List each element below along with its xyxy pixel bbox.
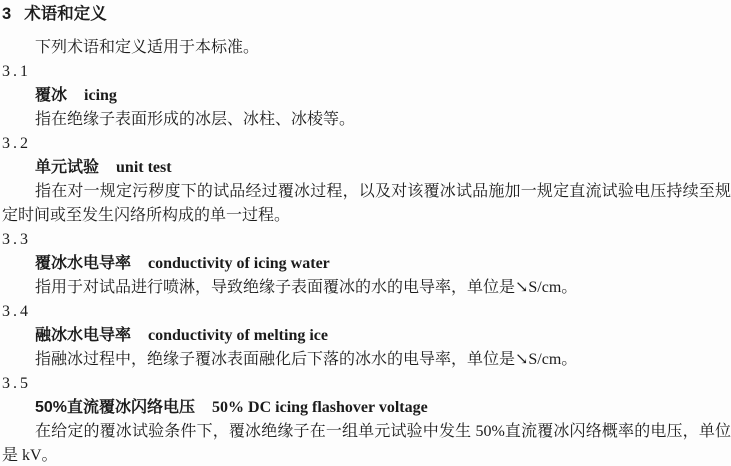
term-definition: 在给定的覆冰试验条件下，覆冰绝缘子在一组单元试验中发生 50%直流覆冰闪络概率的…: [2, 420, 731, 466]
intro-paragraph: 下列术语和定义适用于本标准。: [2, 36, 731, 60]
term-entry-3-4: 3.4 融冰水电导率conductivity of melting ice 指融…: [2, 300, 731, 372]
term-title: 50%直流覆冰闪络电压50% DC icing flashover voltag…: [2, 396, 731, 420]
term-definition: 指融冰过程中，绝缘子覆冰表面融化后下落的冰水的电导率，单位是↘S/cm。: [2, 348, 731, 372]
section-number: 3: [2, 5, 11, 23]
term-entry-3-5: 3.5 50%直流覆冰闪络电压50% DC icing flashover vo…: [2, 372, 731, 466]
term-title: 单元试验unit test: [2, 156, 731, 180]
term-number: 3.3: [2, 228, 731, 252]
term-en: icing: [84, 87, 117, 104]
term-zh: 融冰水电导率: [35, 327, 131, 344]
term-definition: 指在对一规定污秽度下的试品经过覆冰过程，以及对该覆冰试品施加一规定直流试验电压持…: [2, 180, 731, 228]
term-number: 3.1: [2, 60, 731, 84]
term-en: conductivity of melting ice: [148, 327, 328, 344]
term-number: 3.2: [2, 132, 731, 156]
section-title: 术语和定义: [24, 5, 107, 23]
term-en: conductivity of icing water: [148, 255, 330, 272]
term-entry-3-3: 3.3 覆冰水电导率conductivity of icing water 指用…: [2, 228, 731, 300]
term-entry-3-2: 3.2 单元试验unit test 指在对一规定污秽度下的试品经过覆冰过程，以及…: [2, 132, 731, 228]
term-number: 3.4: [2, 300, 731, 324]
term-number: 3.5: [2, 372, 731, 396]
term-en: unit test: [116, 159, 172, 176]
term-en: 50% DC icing flashover voltage: [212, 399, 428, 416]
term-zh: 覆冰: [35, 87, 67, 104]
term-definition: 指用于对试品进行喷淋，导致绝缘子表面覆冰的水的电导率，单位是↘S/cm。: [2, 276, 731, 300]
term-zh: 覆冰水电导率: [35, 255, 131, 272]
document-page: 3术语和定义 下列术语和定义适用于本标准。 3.1 覆冰icing 指在绝缘子表…: [0, 0, 731, 466]
term-definition: 指在绝缘子表面形成的冰层、冰柱、冰棱等。: [2, 108, 731, 132]
term-zh: 单元试验: [35, 159, 99, 176]
term-title: 覆冰icing: [2, 84, 731, 108]
section-heading: 3术语和定义: [2, 2, 731, 26]
term-zh: 50%直流覆冰闪络电压: [35, 399, 195, 416]
term-entry-3-1: 3.1 覆冰icing 指在绝缘子表面形成的冰层、冰柱、冰棱等。: [2, 60, 731, 132]
term-title: 融冰水电导率conductivity of melting ice: [2, 324, 731, 348]
term-title: 覆冰水电导率conductivity of icing water: [2, 252, 731, 276]
